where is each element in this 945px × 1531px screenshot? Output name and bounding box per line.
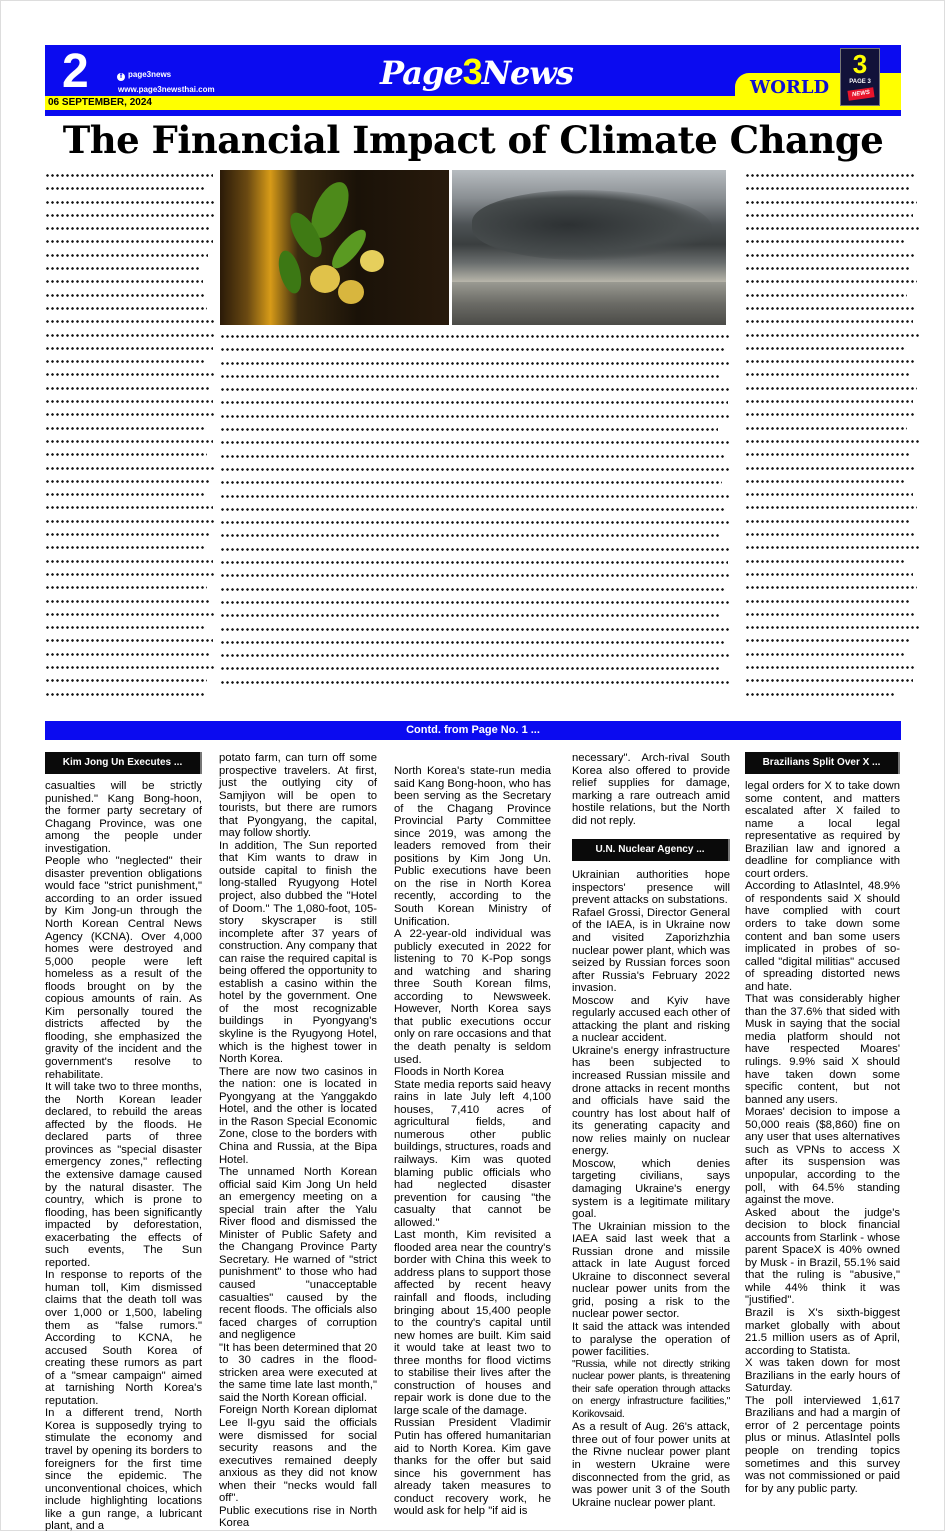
article-column-4: necessary". Arch-rival South Korea also … [572, 752, 730, 1509]
chili-garlic-photo [220, 170, 449, 325]
article-column-2: potato farm, can turn off some prospecti… [219, 752, 377, 1530]
page-number: 2 [62, 45, 89, 99]
redacted-text-center [220, 335, 730, 694]
article-column-5: Brazilians Split Over X ... legal orders… [745, 752, 900, 1495]
masthead: 2 fpage3news www.page3newsthai.com 06 SE… [45, 45, 901, 116]
kicker-brazilians-split[interactable]: Brazilians Split Over X ... [745, 752, 900, 774]
redacted-text-col-1 [45, 174, 215, 706]
issue-date: 06 SEPTEMBER, 2024 [48, 97, 152, 109]
newspaper-logo: Page3News [380, 51, 573, 93]
section-label: WORLD [750, 77, 829, 98]
redacted-text-col-right [745, 174, 920, 706]
facebook-icon: f [117, 73, 125, 81]
article-column-3: North Korea's state-run media said Kang … [394, 765, 551, 1518]
page-headline: The Financial Impact of Climate Change [45, 117, 901, 163]
storm-cloud-sea-photo [452, 170, 726, 325]
kicker-un-nuclear-agency[interactable]: U.N. Nuclear Agency ... [572, 839, 730, 861]
kicker-kim-jong-un[interactable]: Kim Jong Un Executes ... [45, 752, 202, 774]
page3-badge-logo: 3 PAGE 3 NEWS [840, 48, 880, 106]
article-column-1: Kim Jong Un Executes ... casualties will… [45, 752, 202, 1531]
continued-banner: Contd. from Page No. 1 ... [45, 721, 901, 740]
facebook-handle[interactable]: fpage3news [117, 70, 171, 81]
website-link[interactable]: www.page3newsthai.com [118, 85, 215, 94]
